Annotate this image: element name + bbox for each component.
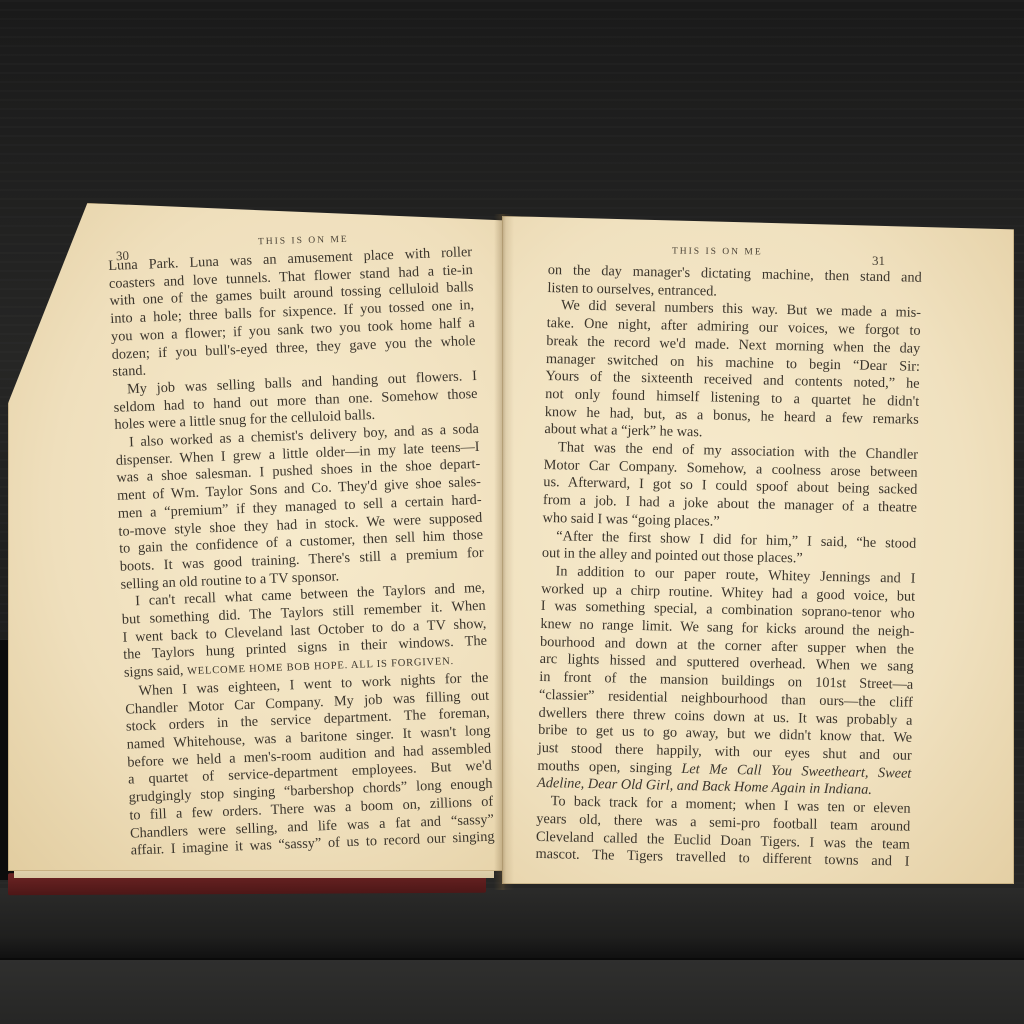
book-gutter	[494, 214, 514, 890]
left-page-text: Luna Park. Luna was an amusement place w…	[108, 244, 495, 860]
right-running-head: THIS IS ON ME	[672, 247, 763, 258]
right-page-text: on the day manager's dictating machine, …	[535, 262, 922, 872]
text-fragment: mouths open, singing	[537, 758, 681, 777]
table-board-edge	[0, 888, 1024, 962]
table-lower-board	[0, 960, 1024, 1024]
right-page-number: 31	[872, 253, 885, 269]
text-fragment: signs said,	[124, 662, 188, 680]
